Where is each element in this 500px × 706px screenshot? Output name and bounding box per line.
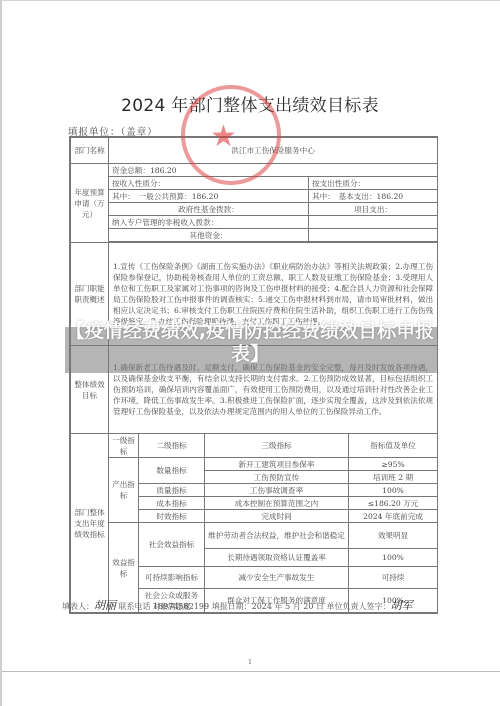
value-cell: 100% (349, 549, 438, 567)
value-cell: 可持续 (349, 567, 438, 589)
budget-project-expense: 项目支出： (309, 203, 438, 216)
header-value: 指标值及单位 (349, 434, 438, 458)
header-level2: 二级指标 (139, 434, 205, 458)
level2-cell: 质量指标 (139, 484, 205, 497)
dept-name-row: 部门名称 洪江市工伤保险服务中心 (71, 138, 438, 164)
page-number: 1 (0, 659, 500, 666)
budget-by-income: 按收入性质分： (109, 177, 309, 190)
performance-table: 部门名称 洪江市工伤保险服务中心 年度预算申请（万元） 资金总额：186.20 … (69, 136, 438, 614)
level3-cell: 成本控制在预算范围之内 (205, 497, 349, 510)
footer-line: 填表人：胡丽 联系电话 18974582199 填报日期：2024 年 5 月 … (62, 597, 413, 613)
level3-cell: 工伤预防宣传 (205, 471, 349, 484)
level2-cell: 可持续影响指标 (139, 567, 205, 589)
budget-by-expense: 按支出性质分： (309, 177, 438, 190)
budget-non-tax: 纳入专户管理的非税收入拨款： (109, 216, 309, 229)
fill-date: 填报日期：2024 年 5 月 20 日 (212, 602, 324, 611)
page-divider (2, 671, 500, 672)
level2-cell: 社会效益指标 (139, 523, 205, 567)
level3-cell: 减少安全生产事故发生 (205, 567, 349, 589)
head-signature: 胡军 (391, 599, 413, 612)
level2-cell: 时效指标 (139, 510, 205, 523)
frame-top-border (0, 0, 500, 1)
level3-cell: 维护劳动者合法权益，维护社会和谐稳定 (205, 523, 349, 549)
value-cell: 2024 年底前完成 (349, 510, 438, 523)
level2-cell: 数量指标 (139, 458, 205, 484)
level3-cell: 完成时间 (205, 510, 349, 523)
level2-cell: 成本指标 (139, 497, 205, 510)
value-cell: ≥95% (349, 458, 438, 471)
budget-basic-expense: 其中： 基本支出：186.20 (309, 190, 438, 203)
budget-other-funds: 其他资金： (109, 229, 309, 242)
overlay-banner-text: 【疫情经费绩效,疫情防控经费绩效目标申报表】 (60, 320, 440, 366)
budget-label: 年度预算申请（万元） (71, 164, 109, 243)
budget-gov-fund: 政府性基金拨款： (109, 203, 309, 216)
header-level3: 三级指标 (205, 434, 349, 458)
budget-total: 资金总额：186.20 (109, 164, 438, 177)
head-sign-label: 单位负责人签字： (327, 602, 391, 611)
indicators-section-label: 部门整体支出年度绩效指标 (71, 434, 109, 613)
level3-cell: 新开工建筑项目参保率 (205, 458, 349, 471)
value-cell: ≤186.20 万元 (349, 497, 438, 510)
value-cell: 培训班 2 期 (349, 471, 438, 484)
empty-cell (309, 216, 438, 229)
document-title: 2024 年部门整体支出绩效目标表 (0, 91, 500, 116)
header-level1: 一级指标 (109, 434, 139, 458)
value-cell: 效果明显 (349, 523, 438, 549)
output-indicator-label: 产出指标 (109, 458, 139, 523)
level3-cell: 长期待遇领取资格认证覆盖率 (205, 549, 349, 567)
dept-name-label: 部门名称 (71, 138, 109, 164)
value-cell: 100% (349, 484, 438, 497)
dept-name-value: 洪江市工伤保险服务中心 (109, 138, 438, 164)
phone: 联系电话 18974582199 (119, 602, 210, 611)
budget-general-public: 其中： 一般公共预算：186.20 (109, 190, 309, 203)
level3-cell: 工伤事故调查率 (205, 484, 349, 497)
empty-cell (309, 229, 438, 242)
filler-label: 填表人： (62, 602, 94, 611)
filler-signature: 胡丽 (94, 599, 116, 612)
